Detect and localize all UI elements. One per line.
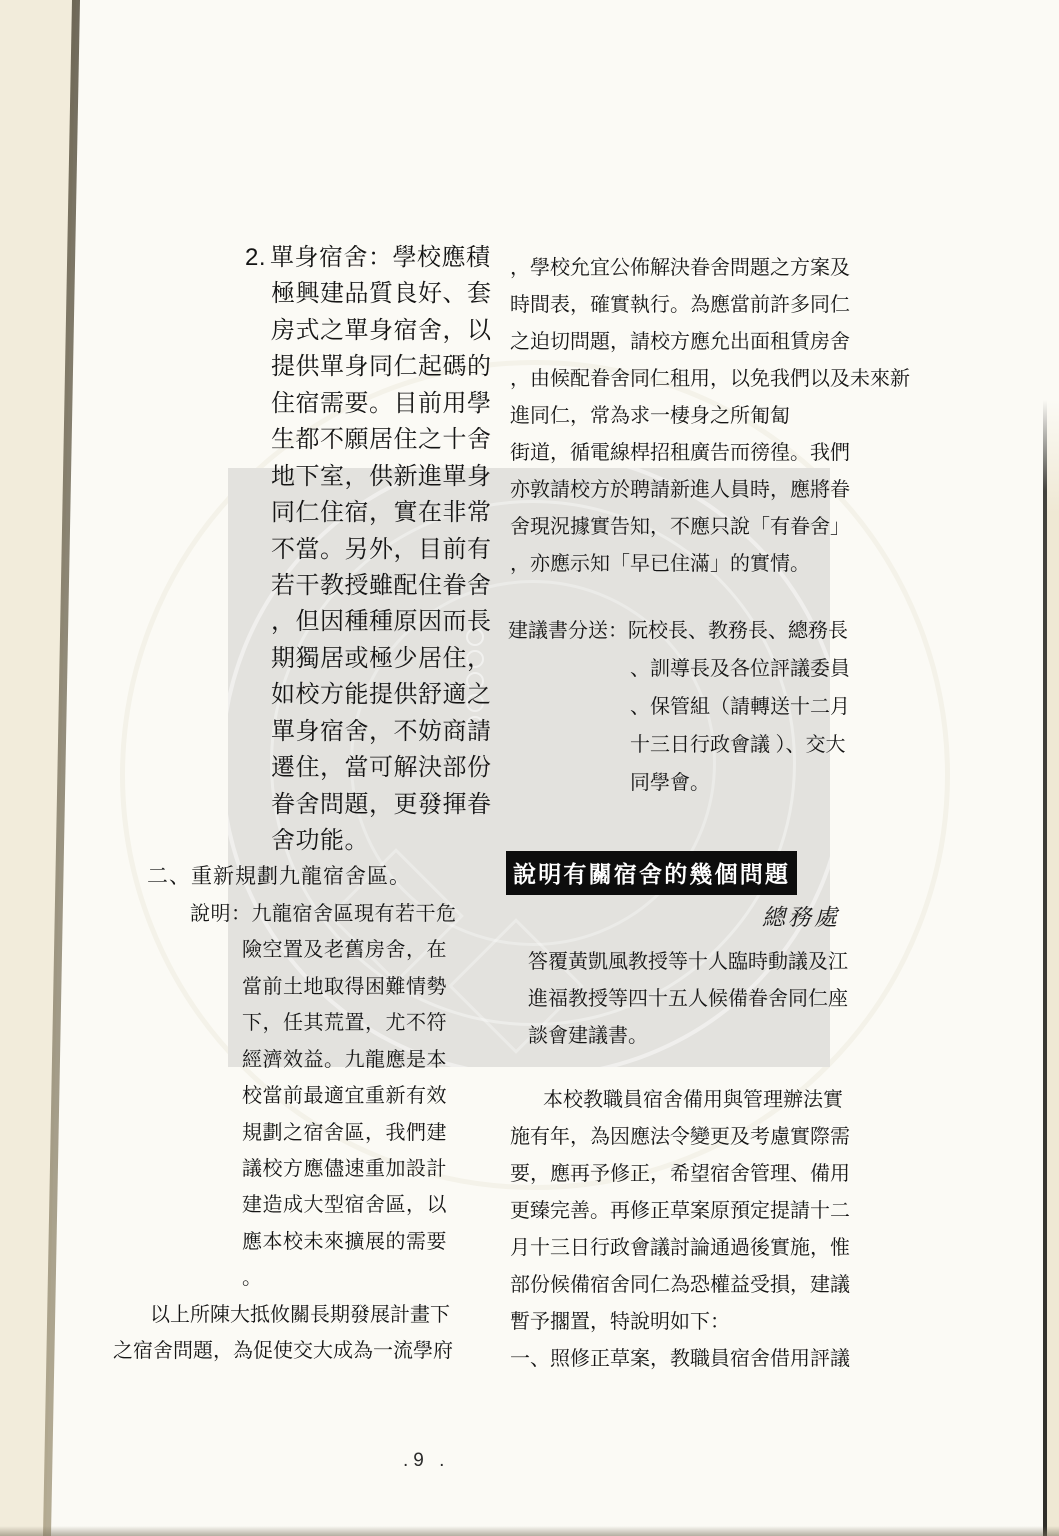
book-gutter-paper bbox=[0, 0, 90, 1536]
text-line: 進福教授等四十五人候備眷舍同仁座 bbox=[528, 981, 928, 1018]
text-line: 十三日行政會議 ）、交大 bbox=[508, 726, 928, 764]
text-line: 眷舍問題，更發揮眷 bbox=[105, 787, 535, 823]
list-item-2-text: 單身宿舍：學校應積 bbox=[270, 244, 491, 271]
scanned-document-page: 2.單身宿舍：學校應積 極興建品質良好、套 房式之單身宿舍，以 提供單身同仁起碼… bbox=[0, 0, 1059, 1536]
text-line: 同仁住宿，實在非常 bbox=[105, 495, 535, 531]
page-number: .9 . bbox=[403, 1450, 449, 1472]
text-line: 時間表，確實執行。為應當前許多同仁 bbox=[510, 287, 940, 324]
text-line: 、保管組（請轉送十二月 bbox=[508, 688, 928, 726]
text-line: 之宿舍問題，為促使交大成為一流學府 bbox=[105, 1333, 535, 1369]
note-text: 九龍宿舍區現有若干危 bbox=[252, 903, 457, 925]
section-title-bar: 說明有關宿舍的幾個問題 bbox=[506, 851, 797, 895]
text-line: 住宿需要。目前用學 bbox=[105, 386, 535, 422]
text-line: 險空置及老舊房舍，在 bbox=[105, 932, 535, 968]
distribution-text: 阮校長、教務長、總務長 bbox=[628, 620, 848, 642]
text-line: 施有年，為因應法令變更及考慮實際需 bbox=[510, 1119, 940, 1156]
text-line: 單身宿舍，不妨商請 bbox=[105, 714, 535, 750]
text-line: 極興建品質良好、套 bbox=[105, 276, 535, 312]
byline-office: 總務處 bbox=[762, 899, 840, 932]
text-line: ，由候配眷舍同仁租用，以免我們以及未來新 bbox=[510, 361, 940, 398]
distribution-list: 建議書分送：阮校長、教務長、總務長 、訓導長及各位評議委員 、保管組（請轉送十二… bbox=[508, 612, 928, 802]
text-line: 本校教職員宿舍備用與管理辦法實 bbox=[510, 1082, 940, 1119]
text-line: 舍現況據實告知，不應只說「有眷舍」 bbox=[510, 509, 940, 546]
right-column-paragraph-1: ，學校允宜公佈解決眷舍問題之方案及 時間表，確實執行。為應當前許多同仁 之迫切問… bbox=[510, 250, 940, 583]
left-column: 2.單身宿舍：學校應積 極興建品質良好、套 房式之單身宿舍，以 提供單身同仁起碼… bbox=[105, 240, 535, 1370]
text-line: 更臻完善。再修正草案原預定提請十二 bbox=[510, 1193, 940, 1230]
text-line: ，亦應示知「早已住滿」的實情。 bbox=[510, 546, 940, 583]
text-line: 經濟效益。九龍應是本 bbox=[105, 1042, 535, 1078]
text-line: 提供單身同仁起碼的 bbox=[105, 349, 535, 385]
note-first-line: 說明：九龍宿舍區現有若干危 bbox=[105, 896, 535, 932]
text-line: 生都不願居住之十舍 bbox=[105, 422, 535, 458]
text-line: 期獨居或極少居住， bbox=[105, 641, 535, 677]
right-column-paragraph-2: 本校教職員宿舍備用與管理辦法實 施有年，為因應法令變更及考慮實際需 要，應再予修… bbox=[510, 1082, 940, 1378]
page-bottom-edge-shadow bbox=[0, 1526, 1059, 1536]
text-line: 要，應再予修正，希望宿舍管理、備用 bbox=[510, 1156, 940, 1193]
distribution-label: 建議書分送： bbox=[508, 620, 628, 642]
text-line: 亦敦請校方於聘請新進人員時，應將眷 bbox=[510, 472, 940, 509]
text-line: 建造成大型宿舍區，以 bbox=[105, 1187, 535, 1223]
text-line: 當前土地取得困難情勢 bbox=[105, 969, 535, 1005]
text-line: 如校方能提供舒適之 bbox=[105, 677, 535, 713]
list-item-2-first-line: 2.單身宿舍：學校應積 bbox=[105, 240, 535, 276]
text-line: 。 bbox=[105, 1260, 535, 1296]
text-line: 暫予擱置，特說明如下： bbox=[510, 1304, 940, 1341]
page-right-edge-line bbox=[1043, 400, 1047, 1536]
abstract-block: 答覆黃凱風教授等十人臨時動議及江 進福教授等四十五人候備眷舍同仁座 談會建議書。 bbox=[528, 944, 928, 1055]
text-line: 應本校未來擴展的需要 bbox=[105, 1224, 535, 1260]
text-line: 部份候備宿舍同仁為恐權益受損，建議 bbox=[510, 1267, 940, 1304]
text-line: 答覆黃凱風教授等十人臨時動議及江 bbox=[528, 944, 928, 981]
text-line: 若干教授雖配住眷舍 bbox=[105, 568, 535, 604]
text-line: ，但因種種原因而長 bbox=[105, 604, 535, 640]
distribution-first-line: 建議書分送：阮校長、教務長、總務長 bbox=[508, 612, 928, 650]
text-line: 之迫切問題，請校方應允出面租賃房舍 bbox=[510, 324, 940, 361]
text-line: 遷住，當可解決部份 bbox=[105, 750, 535, 786]
text-line: 一、照修正草案，教職員宿舍借用評議 bbox=[510, 1341, 940, 1378]
text-line: 規劃之宿舍區，我們建 bbox=[105, 1115, 535, 1151]
text-line: 月十三日行政會議討論通過後實施，惟 bbox=[510, 1230, 940, 1267]
text-line: 街道，循電線桿招租廣告而徬徨。我們 bbox=[510, 435, 940, 472]
section-heading-2: 二、重新規劃九龍宿舍區。 bbox=[105, 859, 535, 895]
text-line: 以上所陳大抵攸關長期發展計畫下 bbox=[105, 1297, 535, 1333]
text-line: 房式之單身宿舍，以 bbox=[105, 313, 535, 349]
text-line: ，學校允宜公佈解決眷舍問題之方案及 bbox=[510, 250, 940, 287]
page-right-edge-paper bbox=[1047, 400, 1059, 1536]
text-line: 校當前最適宜重新有效 bbox=[105, 1078, 535, 1114]
text-line: 舍功能。 bbox=[105, 823, 535, 859]
text-line: 不當。另外，目前有 bbox=[105, 532, 535, 568]
text-line: 下，任其荒置，尤不符 bbox=[105, 1005, 535, 1041]
text-line: 談會建議書。 bbox=[528, 1018, 928, 1055]
text-line: 地下室，供新進單身 bbox=[105, 459, 535, 495]
list-item-2-marker: 2. bbox=[245, 244, 266, 271]
text-line: 進同仁，常為求一棲身之所匍匐 bbox=[510, 398, 940, 435]
text-line: 議校方應儘速重加設計 bbox=[105, 1151, 535, 1187]
note-label: 說明： bbox=[190, 903, 252, 925]
text-line: 、訓導長及各位評議委員 bbox=[508, 650, 928, 688]
text-line: 同學會。 bbox=[508, 764, 928, 802]
